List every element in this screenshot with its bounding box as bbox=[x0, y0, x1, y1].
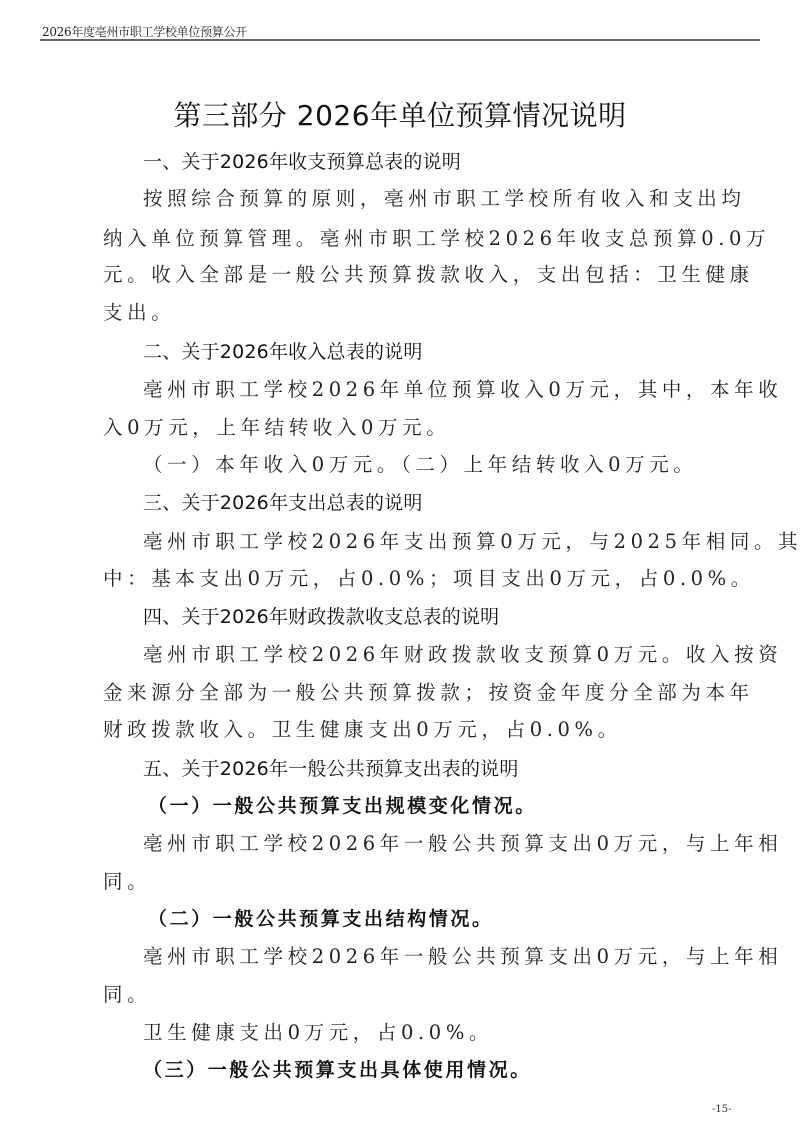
paragraph-line: 亳州市职工学校2026年支出预算0万元，与2025年相同。其 bbox=[143, 530, 800, 554]
paragraph-line: 支出。 bbox=[103, 301, 175, 325]
section-heading-5: 五、关于2026年一般公共预算支出表的说明 bbox=[143, 757, 519, 781]
paragraph-line: 财政拨款收入。卫生健康支出0万元，占0.0%。 bbox=[103, 718, 622, 742]
paragraph-line: 亳州市职工学校2026年一般公共预算支出0万元，与上年相 bbox=[143, 832, 782, 856]
subsection-heading-2: （二）一般公共预算支出结构情况。 bbox=[148, 907, 494, 931]
paragraph-line: （一）本年收入0万元。（二）上年结转收入0万元。 bbox=[143, 453, 697, 477]
running-header: 2026年度亳州市职工学校单位预算公开 bbox=[42, 23, 247, 40]
section-heading-2: 二、关于2026年收入总表的说明 bbox=[143, 340, 423, 364]
paragraph-line: 卫生健康支出0万元，占0.0%。 bbox=[143, 1021, 493, 1045]
page-title: 第三部分 2026年单位预算情况说明 bbox=[0, 94, 800, 134]
section-heading-4: 四、关于2026年财政拨款收支总表的说明 bbox=[143, 605, 499, 629]
paragraph-line: 元。收入全部是一般公共预算拨款收入，支出包括：卫生健康 bbox=[103, 263, 754, 287]
page-number: -15- bbox=[712, 1104, 731, 1115]
paragraph-line: 亳州市职工学校2026年一般公共预算支出0万元，与上年相 bbox=[143, 945, 782, 969]
header-divider bbox=[40, 39, 760, 41]
paragraph-line: 纳入单位预算管理。亳州市职工学校2026年收支总预算0.0万 bbox=[103, 227, 770, 251]
paragraph-line: 入0万元，上年结转收入0万元。 bbox=[103, 416, 450, 440]
paragraph-line: 亳州市职工学校2026年财政拨款收支预算0万元。收入按资 bbox=[143, 643, 782, 667]
paragraph-line: 同。 bbox=[103, 983, 151, 1007]
section-heading-3: 三、关于2026年支出总表的说明 bbox=[143, 491, 423, 515]
section-heading-1: 一、关于2026年收支预算总表的说明 bbox=[143, 150, 461, 174]
paragraph-line: 中：基本支出0万元，占0.0%；项目支出0万元，占0.0%。 bbox=[103, 567, 755, 591]
subsection-heading-1: （一）一般公共预算支出规模变化情况。 bbox=[148, 794, 537, 818]
paragraph-line: 亳州市职工学校2026年单位预算收入0万元，其中，本年收 bbox=[143, 378, 782, 402]
subsection-heading-3: （三）一般公共预算支出具体使用情况。 bbox=[143, 1058, 532, 1082]
paragraph-line: 同。 bbox=[103, 870, 151, 894]
paragraph-line: 按照综合预算的原则，亳州市职工学校所有收入和支出均 bbox=[143, 187, 746, 211]
paragraph-line: 金来源分全部为一般公共预算拨款；按资金年度分全部为本年 bbox=[103, 681, 754, 705]
